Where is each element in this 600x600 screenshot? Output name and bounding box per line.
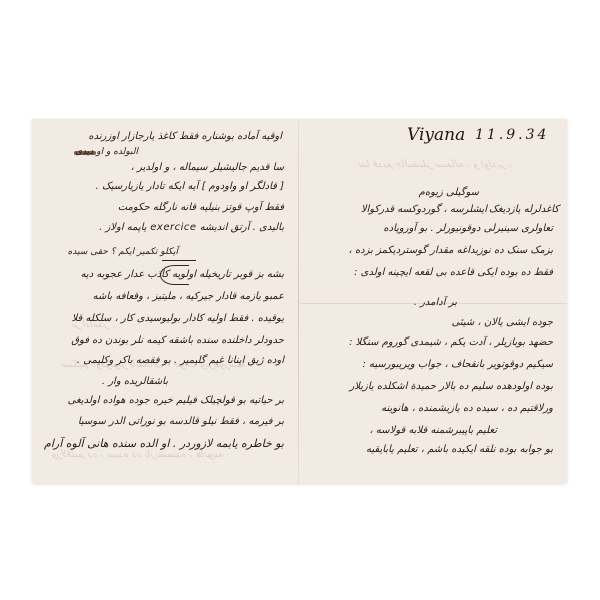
letter-line: بر فیرمه ، فقط نیلو قالدسه بو نوراتی الد… — [54, 416, 284, 427]
letter-line: تعاولری سینیرلی دوقونیورلر . بو آوروپاده — [313, 223, 553, 234]
letter-line: تعلیم باپیبرشمنه قلابه قولاسه ، — [369, 425, 497, 436]
letter-line: عمبو یازمه قادار جیرکیه ، ملیتیز ، وقعاف… — [54, 291, 284, 302]
underline-mark — [162, 260, 196, 261]
letter-line: بو خاطره یابمه لازوردر . او الده سنده ها… — [54, 437, 284, 450]
left-page: بر آدامدر . سیکیم دوقوتویر بانقحاف ، جوا… — [32, 119, 298, 483]
letter-line: باشقالریده وار . — [102, 376, 168, 387]
letter-line: بر حیاتیه بو قولچیلک فیلیم خیره جوده هوا… — [54, 395, 284, 406]
letter-line: جوده ایشی یالان ، شیئی — [313, 317, 553, 328]
circle-mark — [160, 265, 189, 285]
letter-line: بالیدی . آرتق اندیشه exercice یاپمه اولا… — [54, 222, 284, 233]
letter-line: سیکیم دوقوتویر بانقحاف ، جواب ویریبورسیه… — [313, 359, 553, 370]
letter-line: اوقیه آماده بوشناره فقط کاغذ یارجازار او… — [52, 131, 282, 142]
letter-paper: بر آدامدر . سیکیم دوقوتویر بانقحاف ، جوا… — [32, 119, 567, 483]
letter-place: Viyana — [407, 125, 465, 145]
letter-line: بو جوابه بوده نلقه ایکیده باشم ، تعلیم ی… — [313, 444, 553, 455]
letter-line: آیکلو تکمیر ایکم ؟ حقی سیده — [68, 247, 178, 257]
letter-line: بر آدامدر . — [414, 297, 457, 308]
letter-salutation: سوگیلی زیوەم — [419, 187, 479, 198]
letter-line: [ قادلگر او واودوم ] آیه ایکه تادار یازی… — [54, 181, 284, 192]
ink-bleed: سا قدیم جالیشیلر سیماله ، و اولدیر ، — [359, 159, 512, 170]
letter-line: سا قدیم جالیشیلر سیماله ، و اولدیر ، — [54, 162, 284, 173]
letter-line: یوقیده . فقط اولیه کادار بولیوسیدی کار ،… — [54, 313, 284, 324]
letter-line: فقط ده بوده ایکی قاعده بی لقعه ایچینه او… — [313, 267, 553, 278]
letter-line: بوده اولودهده سلیم ده بالار حمیدة اشکلده… — [313, 381, 553, 392]
right-page: سا قدیم جالیشیلر سیماله ، و اولدیر ، Viy… — [299, 119, 567, 483]
letter-line: کاغدلرله یازدیغک — [489, 204, 559, 215]
letter-line: ایشلرسه ، گوردوکسه قدرکوالا — [361, 204, 487, 215]
letter-line: حضهد بوبازیلر ، آدت یکم ، شیمدی گوروم سن… — [313, 337, 553, 348]
letter-date: 11.9.34 — [475, 127, 549, 143]
ink-bleed: ورلاقتیم ده ، سیده ده یازیشمنده ، هانوین… — [52, 449, 224, 460]
letter-line: البولده و او دیدی — [75, 147, 138, 157]
letter-line: ورلاقتیم ده ، سیده ده یازیشمنده ، هانوین… — [313, 403, 553, 414]
letter-line: اوده ژیق اینانا غیم گلیمیر . بو فقصه باک… — [54, 355, 284, 366]
letter-line: فقط آوپ قوتز بنیلیه قانه نارگله حکومت — [54, 202, 284, 213]
letter-line: بزمک سنک ده نوزیداغه مقدار گوستردیکمز بز… — [313, 245, 553, 256]
letter-line: حدودلر داخلنده سنده باشقه کیمه نلر بوندن… — [54, 335, 284, 346]
